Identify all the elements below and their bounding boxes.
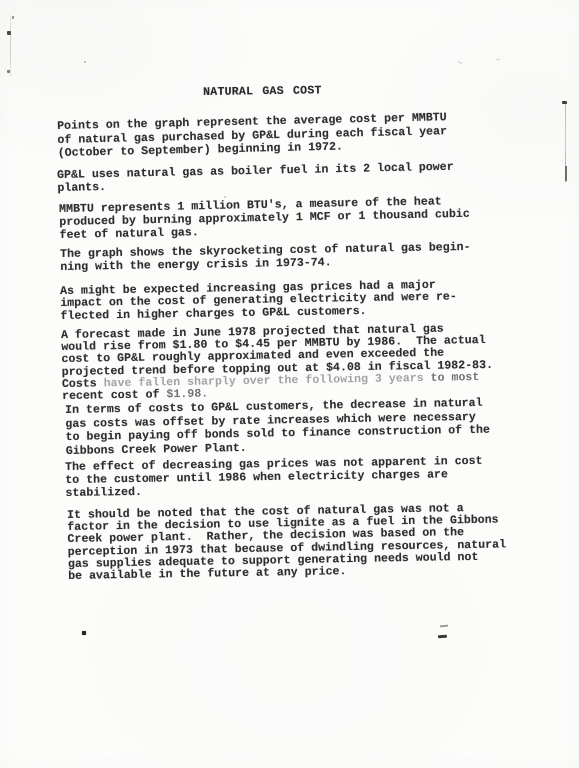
- text-segment: plants.: [57, 181, 106, 195]
- right-crease-segment: [565, 166, 567, 181]
- left-crease-tick-mark: [12, 16, 14, 19]
- text-segment: $1.98.: [166, 388, 208, 402]
- text-segment: Gibbons Creek Power Plant.: [66, 442, 247, 458]
- paragraph-boiler-fuel: GP&L uses natural gas as boiler fuel in …: [57, 162, 454, 196]
- bottom-ink-dot: [82, 631, 86, 635]
- bottom-pen-dash-upper: [440, 625, 448, 628]
- scan-speck: [496, 58, 500, 60]
- paragraph-effect-on-customer: The effect of decreasing gas prices was …: [65, 455, 483, 501]
- scan-speck: [458, 61, 462, 64]
- paragraph-price-impact: As might be expected increasing gas pric…: [60, 279, 457, 322]
- text-segment: to most: [424, 371, 480, 385]
- scan-speck: [224, 196, 226, 198]
- bottom-pen-dash-lower: [438, 635, 447, 639]
- paragraph-mmbtu-definition: MMBTU represents 1 million BTU's, a meas…: [59, 196, 470, 243]
- left-crease-dot: [7, 31, 11, 35]
- scan-speck: [84, 61, 86, 63]
- paragraph-graph-points: Points on the graph represent the averag…: [57, 111, 447, 161]
- paragraph-forecast-1978: A forecast made in June 1978 projected t…: [61, 323, 494, 403]
- text-segment: stabilized.: [65, 486, 142, 500]
- paragraph-rate-increases: In terms of costs to GP&L customers, the…: [65, 397, 490, 459]
- paragraph-skyrocketing-cost: The graph shows the skyrocketing cost of…: [60, 242, 471, 275]
- text-segment: feet of natural gas.: [59, 226, 198, 242]
- page-title: NATURAL GAS COST: [203, 84, 322, 99]
- paragraph-lignite-decision: It should be noted that the cost of natu…: [67, 502, 507, 583]
- text-segment: recent cost of: [62, 388, 167, 403]
- left-crease-lower-dot: [7, 70, 10, 73]
- left-crease-line: [10, 14, 11, 76]
- scanned-document-page: NATURAL GAS COST Points on the graph rep…: [0, 0, 579, 768]
